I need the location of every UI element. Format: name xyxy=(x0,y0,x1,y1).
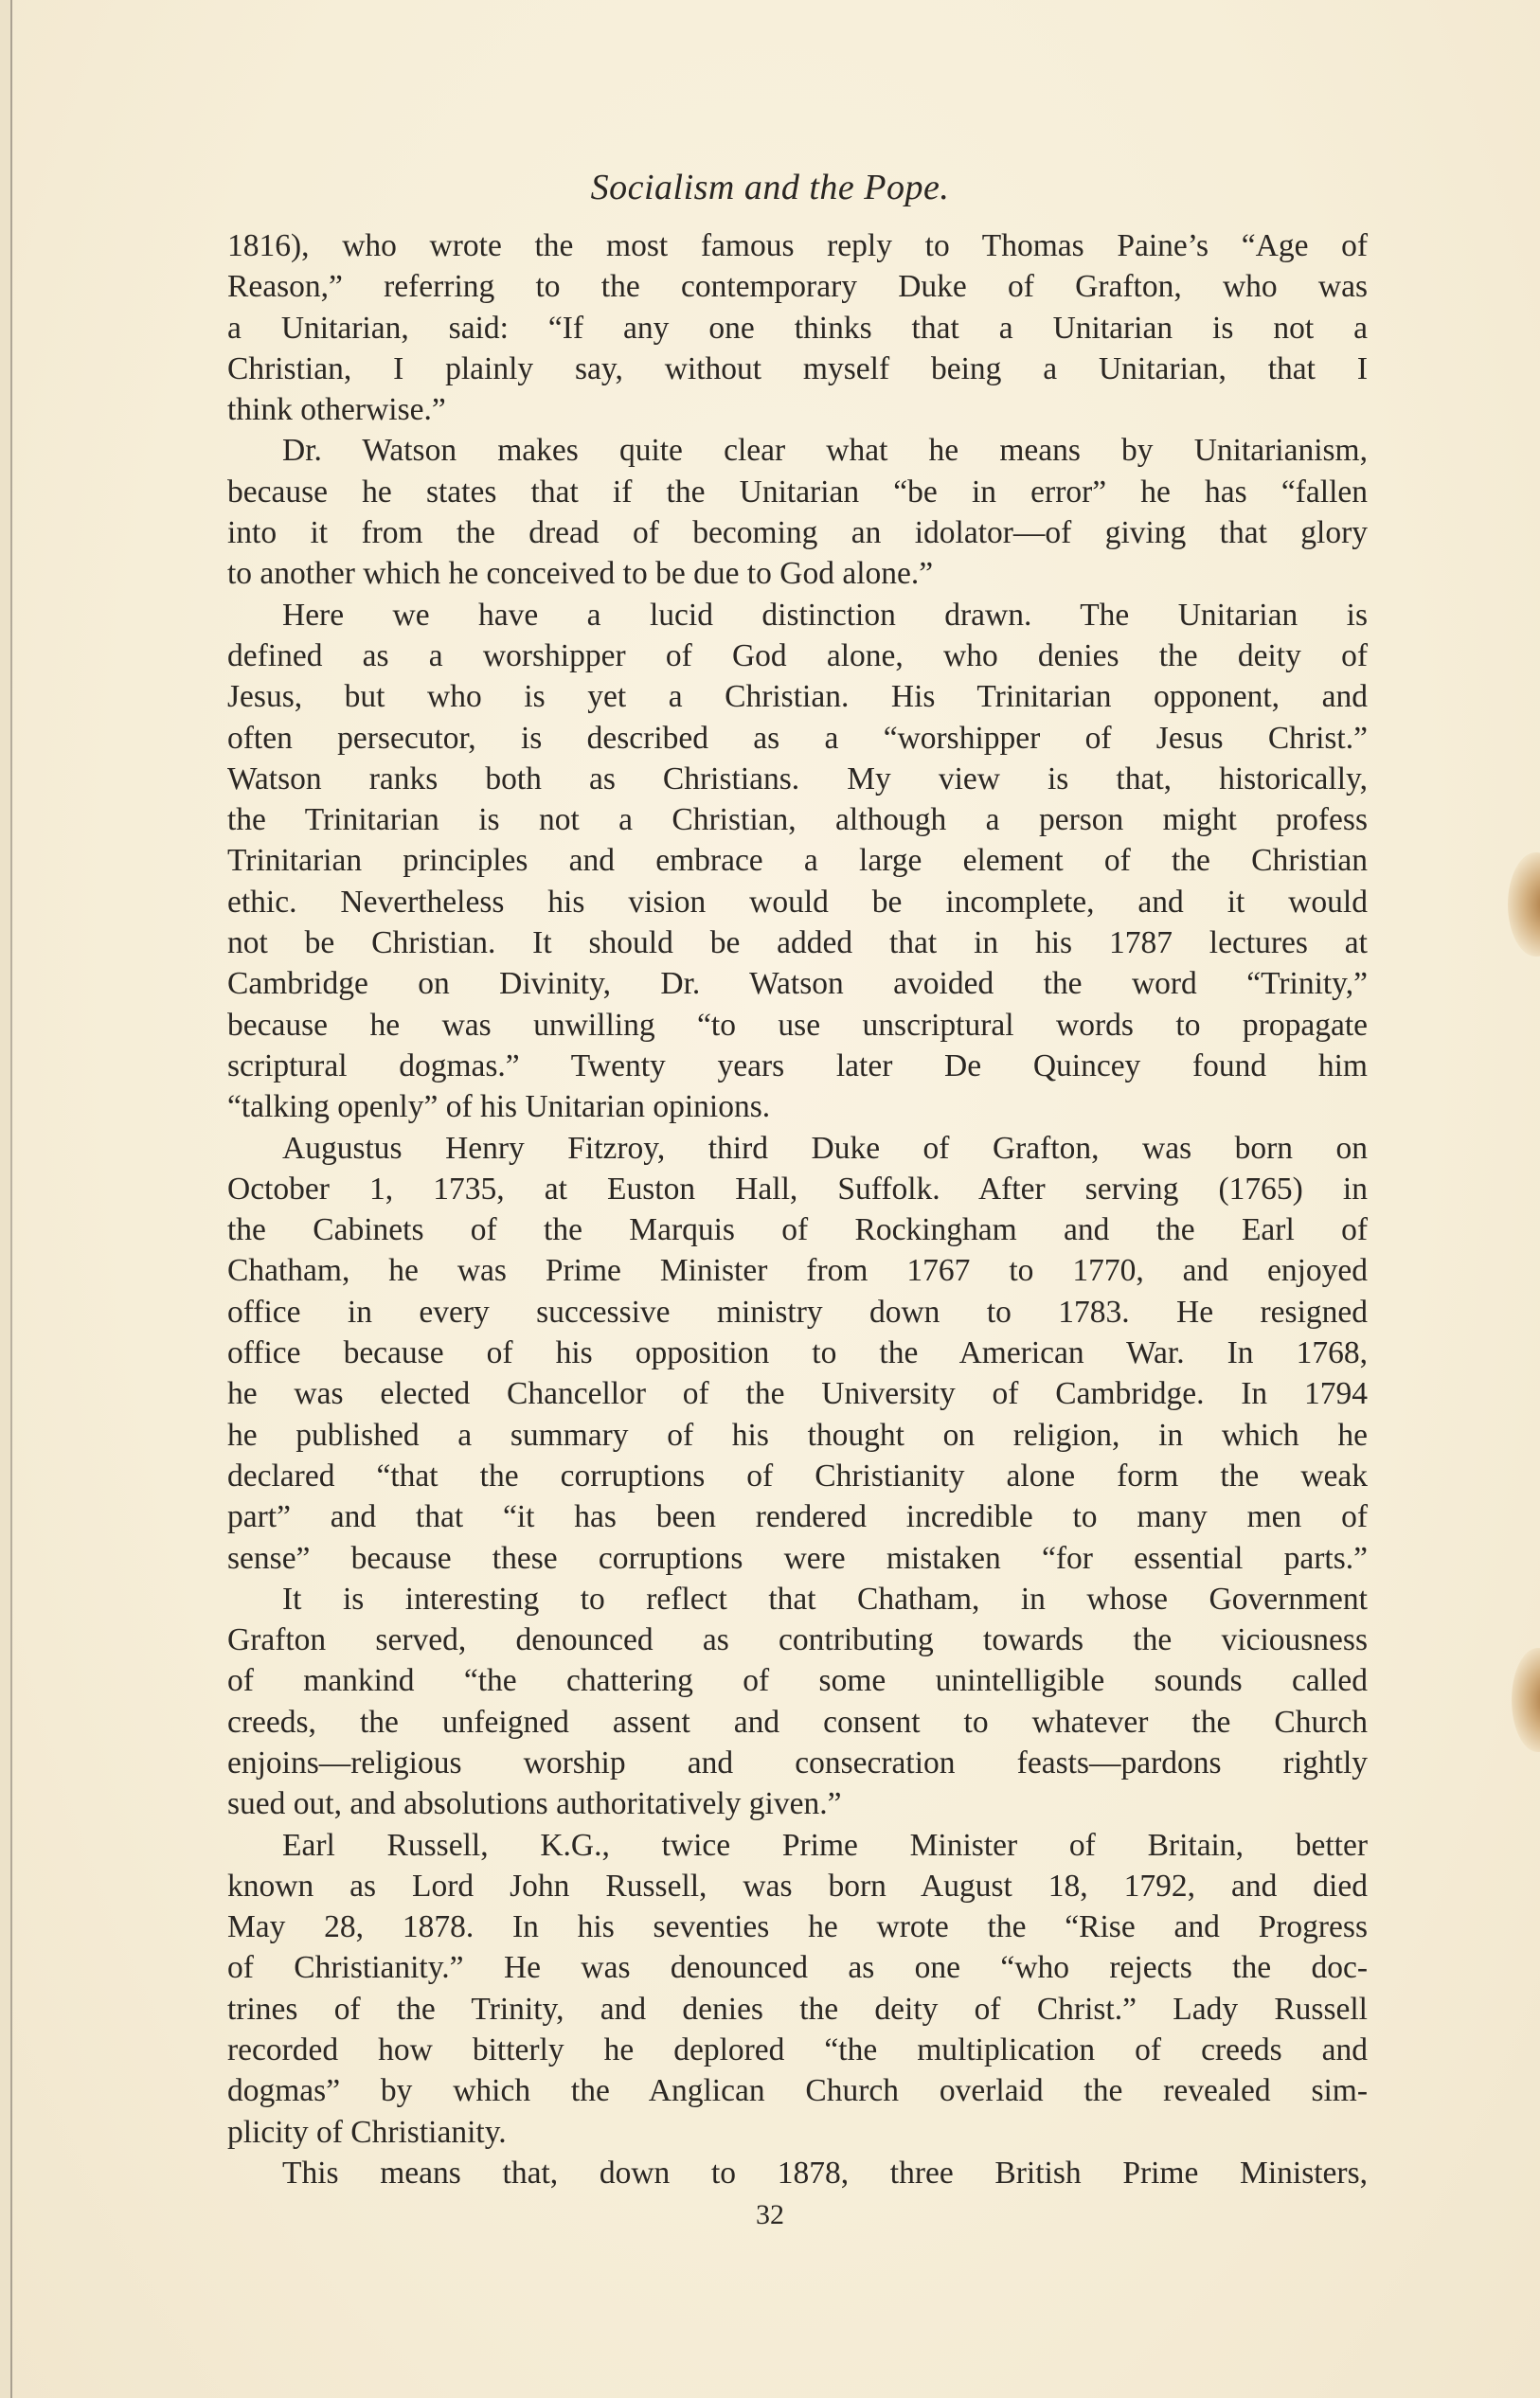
text-line: Watson ranks both as Christians. My view… xyxy=(227,759,1368,799)
text-line: scriptural dogmas.” Twenty years later D… xyxy=(227,1046,1368,1086)
text-line: October 1, 1735, at Euston Hall, Suffolk… xyxy=(227,1169,1368,1209)
text-line: office because of his opposition to the … xyxy=(227,1333,1368,1373)
text-line: Dr. Watson makes quite clear what he mea… xyxy=(227,430,1368,471)
page-fold-line xyxy=(10,0,12,2398)
text-line: Chatham, he was Prime Minister from 1767… xyxy=(227,1250,1368,1291)
text-line: think otherwise.” xyxy=(227,389,1368,430)
text-line: the Trinitarian is not a Christian, alth… xyxy=(227,799,1368,840)
foxing-stain xyxy=(1508,852,1540,957)
text-line: of Christianity.” He was denounced as on… xyxy=(227,1947,1368,1988)
text-line: often persecutor, is described as a “wor… xyxy=(227,718,1368,759)
page-gutter xyxy=(0,0,10,2398)
text-line: a Unitarian, said: “If any one thinks th… xyxy=(227,308,1368,349)
text-line: dogmas” by which the Anglican Church ove… xyxy=(227,2070,1368,2111)
text-line: creeds, the unfeigned assent and consent… xyxy=(227,1702,1368,1743)
text-line: enjoins—religious worship and consecrati… xyxy=(227,1743,1368,1783)
text-line: Jesus, but who is yet a Christian. His T… xyxy=(227,676,1368,717)
text-line: This means that, down to 1878, three Bri… xyxy=(227,2153,1368,2193)
text-line: sense” because these corruptions were mi… xyxy=(227,1538,1368,1579)
text-line: 1816), who wrote the most famous reply t… xyxy=(227,225,1368,266)
text-line: declared “that the corruptions of Christ… xyxy=(227,1456,1368,1496)
text-line: Grafton served, denounced as contributin… xyxy=(227,1620,1368,1660)
text-line: May 28, 1878. In his seventies he wrote … xyxy=(227,1906,1368,1947)
text-line: Here we have a lucid distinction drawn. … xyxy=(227,595,1368,635)
text-line: It is interesting to reflect that Chatha… xyxy=(227,1579,1368,1620)
text-line: to another which he conceived to be due … xyxy=(227,553,1368,594)
text-line: plicity of Christianity. xyxy=(227,2112,1368,2153)
text-line: of mankind “the chattering of some unint… xyxy=(227,1660,1368,1701)
text-line: the Cabinets of the Marquis of Rockingha… xyxy=(227,1209,1368,1250)
text-line: Christian, I plainly say, without myself… xyxy=(227,349,1368,389)
text-line: part” and that “it has been rendered inc… xyxy=(227,1496,1368,1537)
text-line: ethic. Nevertheless his vision would be … xyxy=(227,882,1368,922)
text-line: Earl Russell, K.G., twice Prime Minister… xyxy=(227,1825,1368,1866)
text-line: Cambridge on Divinity, Dr. Watson avoide… xyxy=(227,963,1368,1004)
text-line: sued out, and absolutions authoritativel… xyxy=(227,1783,1368,1824)
text-line: not be Christian. It should be added tha… xyxy=(227,922,1368,963)
text-line: Augustus Henry Fitzroy, third Duke of Gr… xyxy=(227,1128,1368,1169)
text-line: Reason,” referring to the contemporary D… xyxy=(227,266,1368,307)
text-line: recorded how bitterly he deplored “the m… xyxy=(227,2030,1368,2070)
foxing-stain xyxy=(1512,1648,1540,1752)
text-line: defined as a worshipper of God alone, wh… xyxy=(227,635,1368,676)
text-line: he was elected Chancellor of the Univers… xyxy=(227,1373,1368,1414)
page-number: 32 xyxy=(0,2199,1540,2231)
text-line: because he was unwilling “to use unscrip… xyxy=(227,1005,1368,1046)
text-line: he published a summary of his thought on… xyxy=(227,1415,1368,1456)
text-line: into it from the dread of becoming an id… xyxy=(227,512,1368,553)
text-line: because he states that if the Unitarian … xyxy=(227,472,1368,512)
text-line: known as Lord John Russell, was born Aug… xyxy=(227,1866,1368,1906)
text-line: office in every successive ministry down… xyxy=(227,1292,1368,1333)
text-line: Trinitarian principles and embrace a lar… xyxy=(227,840,1368,881)
text-line: “talking openly” of his Unitarian opinio… xyxy=(227,1086,1368,1127)
body-text: 1816), who wrote the most famous reply t… xyxy=(227,225,1368,2193)
running-title: Socialism and the Pope. xyxy=(0,167,1540,208)
book-page: Socialism and the Pope. 1816), who wrote… xyxy=(0,0,1540,2398)
text-line: trines of the Trinity, and denies the de… xyxy=(227,1989,1368,2030)
